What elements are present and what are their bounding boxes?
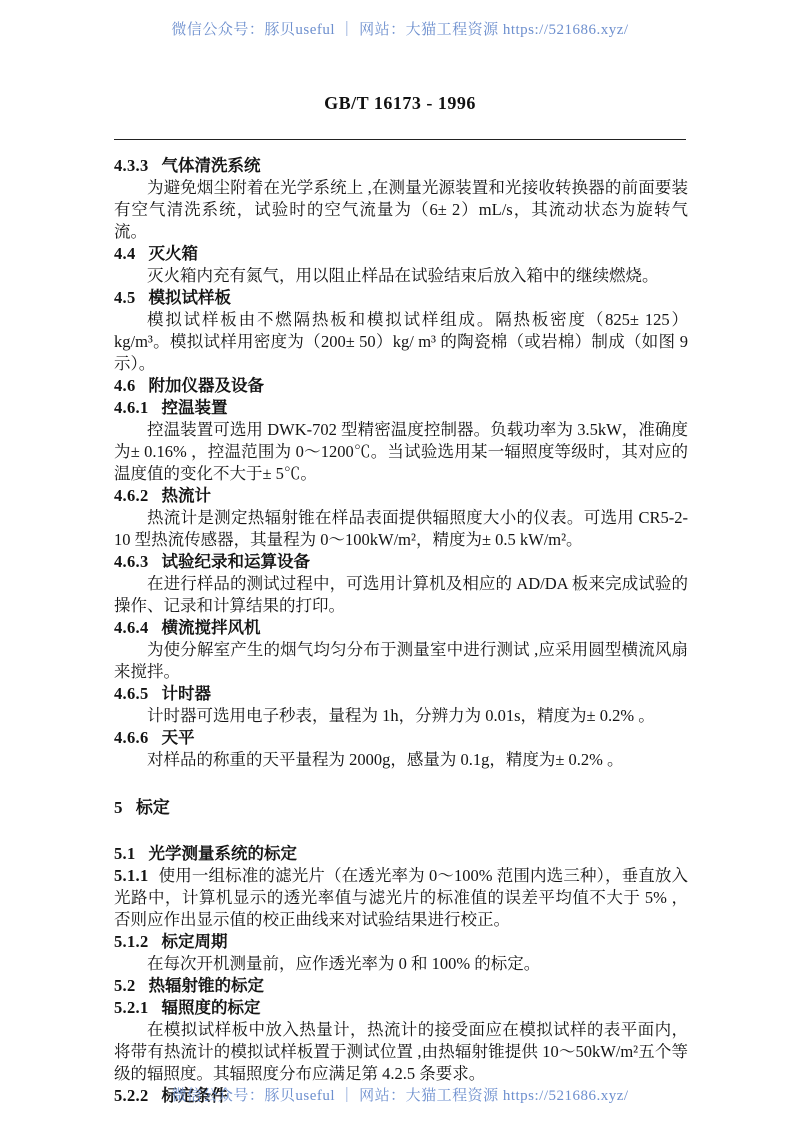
block-text: 热流计 xyxy=(162,486,212,505)
paragraph: 计时器可选用电子秒表，量程为 1h，分辨力为 0.01s，精度为± 0.2% 。 xyxy=(114,705,688,727)
block-text: 气体清洗系统 xyxy=(162,156,261,175)
clause-heading: 4.6.3试验纪录和运算设备 xyxy=(114,551,688,573)
clause-heading: 5.2.1辐照度的标定 xyxy=(114,997,688,1019)
paragraph: 为避免烟尘附着在光学系统上 ,在测量光源装置和光接收转换器的前面要装有空气清洗系… xyxy=(114,177,688,243)
block-text: 计时器可选用电子秒表，量程为 1h，分辨力为 0.01s，精度为± 0.2% 。 xyxy=(147,706,655,725)
block-text: 标定周期 xyxy=(162,932,228,951)
document-blocks: 4.3.3气体清洗系统为避免烟尘附着在光学系统上 ,在测量光源装置和光接收转换器… xyxy=(114,155,688,1107)
clause-number: 4.4 xyxy=(114,244,136,263)
block-text: 横流搅拌风机 xyxy=(162,618,261,637)
clause-number: 5.1.2 xyxy=(114,932,149,951)
block-text: 热流计是测定热辐射锥在样品表面提供辐照度大小的仪表。可选用 CR5-2-10 型… xyxy=(114,508,688,549)
block-text: 灭火箱内充有氮气，用以阻止样品在试验结束后放入箱中的继续燃烧。 xyxy=(147,266,659,285)
paragraph: 灭火箱内充有氮气，用以阻止样品在试验结束后放入箱中的继续燃烧。 xyxy=(114,265,688,287)
block-text: 在模拟试样板中放入热量计，热流计的接受面应在模拟试样的表平面内，将带有热流计的模… xyxy=(114,1020,688,1083)
block-text: 为避免烟尘附着在光学系统上 ,在测量光源装置和光接收转换器的前面要装有空气清洗系… xyxy=(114,178,688,241)
clause-number: 4.3.3 xyxy=(114,156,149,175)
clause-number: 4.6.3 xyxy=(114,552,149,571)
clause-number: 5.2 xyxy=(114,976,136,995)
block-text: 控温装置 xyxy=(162,398,228,417)
block-text: 天平 xyxy=(162,728,195,747)
block-text: 为使分解室产生的烟气均匀分布于测量室中进行测试 ,应采用圆型横流风扇来搅拌。 xyxy=(114,640,688,681)
block-text: 控温装置可选用 DWK-702 型精密温度控制器。负载功率为 3.5kW，准确度… xyxy=(114,420,688,483)
clause-heading: 5.1.2标定周期 xyxy=(114,931,688,953)
block-text: 灭火箱 xyxy=(149,244,199,263)
block-text: 在进行样品的测试过程中，可选用计算机及相应的 AD/DA 板来完成试验的操作、记… xyxy=(114,574,688,615)
clause-heading: 4.6.5计时器 xyxy=(114,683,688,705)
paragraph: 在进行样品的测试过程中，可选用计算机及相应的 AD/DA 板来完成试验的操作、记… xyxy=(114,573,688,617)
block-text: 热辐射锥的标定 xyxy=(149,976,265,995)
chapter-heading: 5标定 xyxy=(114,797,688,819)
paragraph: 控温装置可选用 DWK-702 型精密温度控制器。负载功率为 3.5kW，准确度… xyxy=(114,419,688,485)
paragraph: 为使分解室产生的烟气均匀分布于测量室中进行测试 ,应采用圆型横流风扇来搅拌。 xyxy=(114,639,688,683)
block-text: 光学测量系统的标定 xyxy=(149,844,298,863)
block-text: 计时器 xyxy=(162,684,212,703)
numbered-paragraph: 5.1.1使用一组标准的滤光片（在透光率为 0～100% 范围内选三种），垂直放… xyxy=(114,865,688,931)
clause-number: 4.5 xyxy=(114,288,136,307)
standard-number-title: GB/T 16173 - 1996 xyxy=(0,93,800,114)
clause-heading: 4.6.2热流计 xyxy=(114,485,688,507)
clause-heading: 4.4灭火箱 xyxy=(114,243,688,265)
clause-heading: 4.3.3气体清洗系统 xyxy=(114,155,688,177)
clause-number: 4.6.1 xyxy=(114,398,149,417)
clause-heading: 4.6.6天平 xyxy=(114,727,688,749)
clause-number: 5 xyxy=(114,798,123,817)
block-text: 附加仪器及设备 xyxy=(149,376,265,395)
clause-number: 5.1.1 xyxy=(114,866,149,885)
clause-heading: 5.1光学测量系统的标定 xyxy=(114,843,688,865)
clause-number: 4.6.5 xyxy=(114,684,149,703)
clause-number: 4.6 xyxy=(114,376,136,395)
clause-heading: 4.5模拟试样板 xyxy=(114,287,688,309)
block-text: 模拟试样板 xyxy=(149,288,232,307)
block-text: 使用一组标准的滤光片（在透光率为 0～100% 范围内选三种），垂直放入光路中，… xyxy=(114,866,688,929)
footer-watermark: 微信公众号：豚贝useful ｜ 网站：大猫工程资源 https://52168… xyxy=(0,1084,800,1105)
paragraph: 在模拟试样板中放入热量计，热流计的接受面应在模拟试样的表平面内，将带有热流计的模… xyxy=(114,1019,688,1085)
block-text: 在每次开机测量前，应作透光率为 0 和 100% 的标定。 xyxy=(147,954,540,973)
clause-number: 5.1 xyxy=(114,844,136,863)
paragraph: 在每次开机测量前，应作透光率为 0 和 100% 的标定。 xyxy=(114,953,688,975)
header-rule xyxy=(114,139,686,140)
block-text: 对样品的称重的天平量程为 2000g，感量为 0.1g，精度为± 0.2% 。 xyxy=(147,750,624,769)
block-text: 辐照度的标定 xyxy=(162,998,261,1017)
clause-heading: 4.6.1控温装置 xyxy=(114,397,688,419)
block-text: 试验纪录和运算设备 xyxy=(162,552,311,571)
block-text: 标定 xyxy=(136,798,170,817)
clause-number: 4.6.4 xyxy=(114,618,149,637)
paragraph: 对样品的称重的天平量程为 2000g，感量为 0.1g，精度为± 0.2% 。 xyxy=(114,749,688,771)
clause-heading: 5.2热辐射锥的标定 xyxy=(114,975,688,997)
paragraph: 热流计是测定热辐射锥在样品表面提供辐照度大小的仪表。可选用 CR5-2-10 型… xyxy=(114,507,688,551)
clause-number: 5.2.1 xyxy=(114,998,149,1017)
paragraph: 模拟试样板由不燃隔热板和模拟试样组成。隔热板密度（825± 125）kg/m³。… xyxy=(114,309,688,375)
clause-number: 4.6.6 xyxy=(114,728,149,747)
clause-heading: 4.6.4横流搅拌风机 xyxy=(114,617,688,639)
header-watermark: 微信公众号：豚贝useful ｜ 网站：大猫工程资源 https://52168… xyxy=(0,18,800,39)
clause-number: 4.6.2 xyxy=(114,486,149,505)
clause-heading: 4.6附加仪器及设备 xyxy=(114,375,688,397)
block-text: 模拟试样板由不燃隔热板和模拟试样组成。隔热板密度（825± 125）kg/m³。… xyxy=(114,310,688,373)
document-page: 微信公众号：豚贝useful ｜ 网站：大猫工程资源 https://52168… xyxy=(0,0,800,1132)
